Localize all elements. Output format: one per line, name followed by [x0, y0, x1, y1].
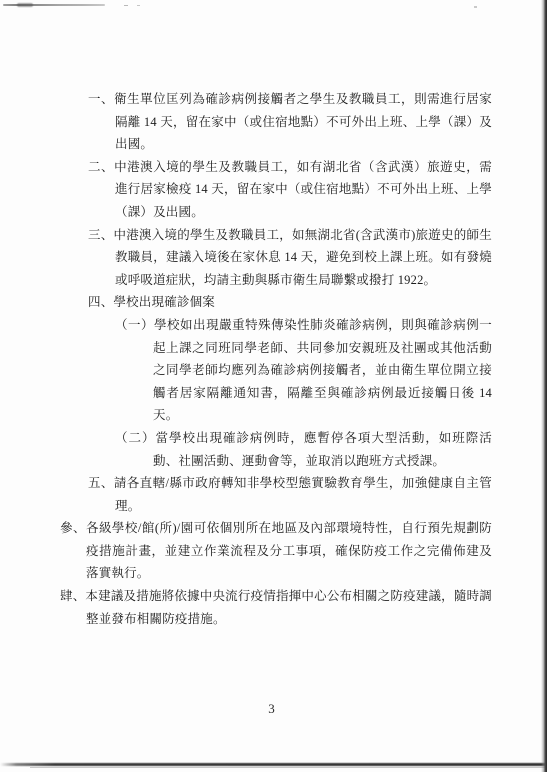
- document-body: 一、衛生單位匡列為確診病例接觸者之學生及教職員工，則需進行居家隔離 14 天，留…: [60, 88, 492, 630]
- list-item-marker: 四、: [88, 295, 113, 309]
- list-subitem: （一）學校如出現嚴重特殊傳染性肺炎確診病例，則與確診病例一起上課之同班同學老師、…: [115, 314, 492, 427]
- scan-edge-bottom-echo: [30, 767, 546, 768]
- list-item-text: 衛生單位匡列為確診病例接觸者之學生及教職員工，則需進行居家隔離 14 天，留在家…: [114, 92, 492, 151]
- scan-speck: [137, 5, 140, 6]
- list-item-text: 中港澳入境的學生及教職員工，如有湖北省（含武漢）旅遊史，需進行居家檢疫 14 天…: [114, 160, 492, 219]
- list-item-marker: 肆、: [60, 589, 85, 603]
- list-item-text: 本建議及措施將依據中央流行疫情指揮中心公布相關之防疫建議，隨時調整並發布相關防疫…: [85, 589, 492, 626]
- list-subitem: （二）當學校出現確診病例時，應暫停各項大型活動，如班際活動、社團活動、運動會等，…: [115, 427, 492, 472]
- list-item: 三、中港澳入境的學生及教職員工，如無湖北省(含武漢市)旅遊史的師生教職員，建議入…: [88, 224, 492, 292]
- list-item-marker: 二、: [88, 160, 114, 174]
- scan-smudge-top-left: [3, 4, 105, 6]
- list-item: 二、中港澳入境的學生及教職員工，如有湖北省（含武漢）旅遊史，需進行居家檢疫 14…: [88, 156, 492, 224]
- list-item-text: 請各直轄/縣市政府轉知非學校型態實驗教育學生，加強健康自主管理。: [114, 476, 492, 513]
- scan-smudge-blob: [17, 3, 33, 7]
- list-item-text: 學校出現確診個案: [113, 295, 215, 309]
- list-item-marker: （一）: [115, 318, 154, 332]
- list-item-marker: （二）: [115, 431, 155, 445]
- list-item-marker: 一、: [88, 92, 114, 106]
- scan-edge-right: [541, 0, 547, 772]
- list-item-marker: 三、: [88, 228, 114, 242]
- scan-speck: [474, 6, 477, 8]
- section-item: 肆、本建議及措施將依據中央流行疫情指揮中心公布相關之防疫建議，隨時調整並發布相關…: [60, 585, 492, 630]
- list-item: 五、請各直轄/縣市政府轉知非學校型態實驗教育學生，加強健康自主管理。: [88, 472, 492, 517]
- list-item: 一、衛生單位匡列為確診病例接觸者之學生及教職員工，則需進行居家隔離 14 天，留…: [88, 88, 492, 156]
- scan-edge-bottom: [0, 763, 546, 766]
- list-item-marker: 五、: [88, 476, 114, 490]
- list-item: 四、學校出現確診個案: [88, 291, 492, 314]
- list-item-text: 當學校出現確診病例時，應暫停各項大型活動，如班際活動、社團活動、運動會等，並取消…: [153, 431, 492, 468]
- list-item-text: 各級學校/館(所)/園可依個別所在地區及內部環境特性，自行預先規劃防疫措施計畫，…: [86, 521, 492, 580]
- list-item-marker: 參、: [60, 521, 86, 535]
- list-item-text: 學校如出現嚴重特殊傳染性肺炎確診病例，則與確診病例一起上課之同班同學老師、共同參…: [153, 318, 492, 422]
- document-page: 一、衛生單位匡列為確診病例接觸者之學生及教職員工，則需進行居家隔離 14 天，留…: [0, 0, 547, 772]
- scan-speck: [124, 5, 128, 6]
- list-item-text: 中港澳入境的學生及教職員工，如無湖北省(含武漢市)旅遊史的師生教職員，建議入境後…: [114, 228, 493, 287]
- section-item: 參、各級學校/館(所)/園可依個別所在地區及內部環境特性，自行預先規劃防疫措施計…: [60, 517, 492, 585]
- page-number: 3: [0, 701, 543, 717]
